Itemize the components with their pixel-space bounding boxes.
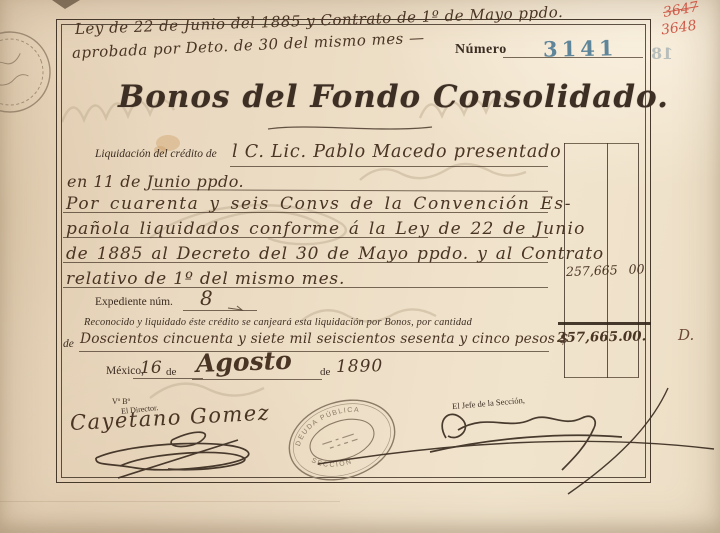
- canje-clause-printed: Reconocido y liquidado éste crédito se c…: [84, 317, 472, 328]
- expediente-underline: [183, 310, 257, 311]
- paragraph-line: de 1885 al Decreto del 30 de Mayo ppdo. …: [66, 244, 604, 264]
- amount-box-top-line: [564, 143, 638, 144]
- amount-box-bottom-line: [564, 377, 638, 378]
- number-label: Número: [455, 42, 507, 58]
- d-annotation: D.: [678, 326, 694, 344]
- liquidacion-label: Liquidación del crédito de: [95, 148, 217, 160]
- number-value: 3141: [543, 35, 618, 61]
- document-title: Bonos del Fondo Consolidado.: [118, 79, 669, 115]
- expediente-number-handwritten: 8: [200, 286, 213, 310]
- date-connector-2: de: [320, 366, 330, 378]
- date-month-handwritten: Agosto: [195, 346, 292, 378]
- paper-crease: [0, 501, 340, 502]
- vo-bo-label: Vº Bº: [112, 397, 130, 406]
- document-photo: Ley de 22 de Junio del 1885 y Contrato d…: [0, 0, 720, 533]
- red-archive-number: 3648: [660, 18, 698, 39]
- paragraph-line: pañola liquidados conforme á la Ley de 2…: [66, 219, 586, 239]
- amount-in-words-handwritten: Doscientos cincuenta y siete mil seiscie…: [80, 331, 569, 347]
- writing-rule: [230, 166, 548, 167]
- expediente-label: Expediente núm.: [95, 296, 173, 308]
- creditor-name-handwritten: l C. Lic. Pablo Macedo presentado: [232, 142, 561, 162]
- date-connector-1: de: [166, 366, 176, 378]
- amount-box-total-line: [558, 322, 651, 325]
- ghost-transfer-number: 18: [651, 44, 673, 63]
- date-day-handwritten: 16: [140, 358, 162, 378]
- amount-column-value: 257,665 00: [566, 261, 645, 279]
- date-year-handwritten: 1890: [336, 356, 384, 377]
- presented-date-handwritten: en 11 de Junio ppdo.: [67, 172, 244, 191]
- amount-total-handwritten: 257,665.00.: [557, 328, 647, 346]
- corner-seal-stamp: [0, 21, 61, 124]
- canje-prefix: de: [63, 338, 74, 350]
- date-city: México,: [106, 365, 144, 377]
- amount-words-underline: [79, 351, 549, 352]
- paragraph-line: Por cuarenta y seis Convs de la Convenci…: [66, 194, 572, 214]
- torn-edge-notch: [52, 0, 80, 9]
- date-month-underline: [192, 379, 322, 380]
